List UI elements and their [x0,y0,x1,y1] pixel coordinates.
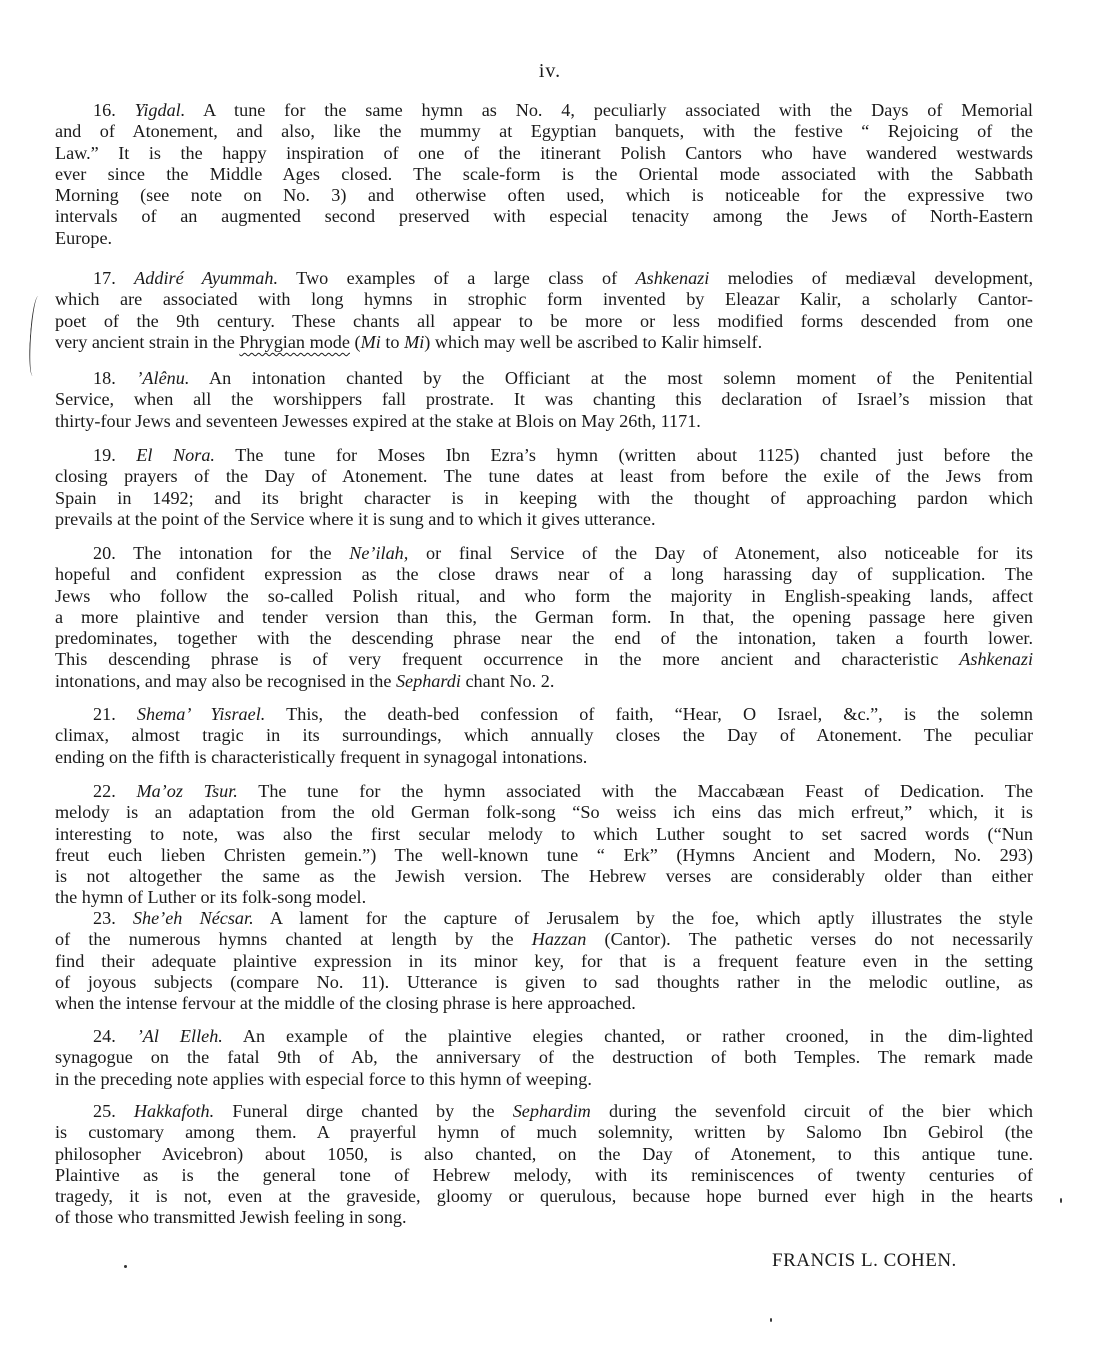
text-run: ( [350,332,361,352]
text-run: prevails at the point of the Service whe… [55,509,656,529]
note-line: intonations, and may also be recognised … [55,671,1033,692]
note-20: 20. The intonation for the Ne’ilah, or f… [55,543,1033,692]
text-run: freut euch lieben Christen gemein.”) The… [55,845,1033,865]
text-run: during the sevenfold circuit of the bier… [591,1101,1033,1121]
note-line: ever since the Middle Ages closed. The s… [55,164,1033,185]
text-run: climax, almost tragic in its surrounding… [55,725,1033,745]
note-line: 20. The intonation for the Ne’ilah, or f… [55,543,1033,564]
text-run: An example of the plaintive elegies chan… [223,1026,1033,1046]
note-line: 18. ’Alênu. An intonation chanted by the… [55,368,1033,389]
text-run: Plaintive as is the general tone of Hebr… [55,1165,1033,1185]
note-22: 22. Ma’oz Tsur. The tune for the hymn as… [55,781,1033,909]
note-line: climax, almost tragic in its surrounding… [55,725,1033,746]
note-19: 19. El Nora. The tune for Moses Ibn Ezra… [55,445,1033,530]
text-run: poet of the 9th century. These chants al… [55,311,1033,331]
note-line: thirty-four Jews and seventeen Jewesses … [55,411,1033,432]
text-run: A lament for the capture of Jerusalem by… [254,908,1033,928]
note-number: 23. [93,908,133,928]
note-line: Service, when all the worshippers fall p… [55,389,1033,410]
italic-term: Sephardim [513,1101,591,1121]
text-run: chant No. 2. [461,671,554,691]
note-line: which are associated with long hymns in … [55,289,1033,310]
text-run: in the preceding note applies with espec… [55,1069,592,1089]
note-line: of joyous subjects (compare No. 11). Utt… [55,972,1033,993]
note-number: 19. [93,445,136,465]
note-line: 21. Shema’ Yisrael. This, the death-bed … [55,704,1033,725]
note-title: ’Al Elleh. [137,1026,223,1046]
note-23: 23. She’eh Nécsar. A lament for the capt… [55,908,1033,1014]
text-run: ) which may well be ascribed to Kalir hi… [424,332,762,352]
text-run: Law.” It is the happy inspiration of one… [55,143,1033,163]
text-run: melody is an adaptation from the old Ger… [55,802,1033,822]
note-line: closing prayers of the Day of Atonement.… [55,466,1033,487]
note-line: in the preceding note applies with espec… [55,1069,1033,1090]
note-line: is customary among them. A prayerful hym… [55,1122,1033,1143]
note-number: 17. [93,268,134,288]
italic-term: Ashkenazi [959,649,1033,669]
note-title: El Nora. [136,445,215,465]
note-line: synagogue on the fatal 9th of Ab, the an… [55,1047,1033,1068]
text-run: or final Service of the Day of Atonement… [408,543,1033,563]
text-run: The intonation for the [133,543,349,563]
note-line: ending on the fifth is characteristicall… [55,747,1033,768]
text-run: A tune for the same hymn as No. 4, pecul… [185,100,1033,120]
text-run: This, the death-bed confession of faith,… [265,704,1033,724]
note-line: Spain in 1492; and its bright character … [55,488,1033,509]
note-line: intervals of an augmented second preserv… [55,206,1033,227]
note-line: This descending phrase is of very freque… [55,649,1033,670]
text-run: is not altogether the same as the Jewish… [55,866,1033,886]
italic-term: Mi [361,332,381,352]
italic-term: Hazzan [532,929,587,949]
text-run: when the intense fervour at the middle o… [55,993,636,1013]
note-number: 18. [93,368,136,388]
text-run: This descending phrase is of very freque… [55,649,959,669]
text-run: Funeral dirge chanted by the [214,1101,512,1121]
note-line: a more plaintive and tender version than… [55,607,1033,628]
italic-term: Ashkenazi [636,268,710,288]
note-line: Morning (see note on No. 3) and otherwis… [55,185,1033,206]
note-line: poet of the 9th century. These chants al… [55,311,1033,332]
text-run: hopeful and confident expression as the … [55,564,1033,584]
note-title: Addiré Ayummah. [134,268,278,288]
note-25: 25. Hakkafoth. Funeral dirge chanted by … [55,1101,1033,1229]
note-18: 18. ’Alênu. An intonation chanted by the… [55,368,1033,432]
note-line: Europe. [55,228,1033,249]
text-run: find their adequate plaintive expression… [55,951,1033,971]
page-number: iv. [0,60,1100,83]
italic-term: Mi [404,332,424,352]
text-run: of those who transmitted Jewish feeling … [55,1207,407,1227]
note-line: of those who transmitted Jewish feeling … [55,1207,1033,1228]
text-run: Europe. [55,228,112,248]
note-line: interesting to note, was also the first … [55,824,1033,845]
note-number: 25. [93,1101,134,1121]
note-17: 17. Addiré Ayummah. Two examples of a la… [55,268,1033,353]
note-line: 22. Ma’oz Tsur. The tune for the hymn as… [55,781,1033,802]
note-title: ’Alênu. [136,368,189,388]
text-run: Spain in 1492; and its bright character … [55,488,1033,508]
note-line: melody is an adaptation from the old Ger… [55,802,1033,823]
note-line: is not altogether the same as the Jewish… [55,866,1033,887]
text-run: a more plaintive and tender version than… [55,607,1033,627]
text-run: which are associated with long hymns in … [55,289,1033,309]
note-line: of the numerous hymns chanted at length … [55,929,1033,950]
text-run: Two examples of a large class of [278,268,636,288]
text-run: and of Atonement, and also, like the mum… [55,121,1033,141]
scan-speck [124,1265,127,1268]
text-run: ever since the Middle Ages closed. The s… [55,164,1033,184]
text-run: predominates, together with the descendi… [55,628,1033,648]
note-line: when the intense fervour at the middle o… [55,993,1033,1014]
note-line: 17. Addiré Ayummah. Two examples of a la… [55,268,1033,289]
note-line: 19. El Nora. The tune for Moses Ibn Ezra… [55,445,1033,466]
note-number: 21. [93,704,137,724]
note-line: philosopher Avicebron) about 1050, is al… [55,1144,1033,1165]
text-run: philosopher Avicebron) about 1050, is al… [55,1144,1033,1164]
note-21: 21. Shema’ Yisrael. This, the death-bed … [55,704,1033,768]
text-run: of the numerous hymns chanted at length … [55,929,532,949]
note-line: Jews who follow the so-called Polish rit… [55,586,1033,607]
note-24: 24. ’Al Elleh. An example of the plainti… [55,1026,1033,1090]
text-run: very ancient strain in the [55,332,239,352]
text-run: to [381,332,404,352]
text-run: thirty-four Jews and seventeen Jewesses … [55,411,701,431]
note-line: find their adequate plaintive expression… [55,951,1033,972]
text-run: melodies of mediæval development, [709,268,1033,288]
note-title: Shema’ Yisrael. [137,704,265,724]
note-title: Ma’oz Tsur. [136,781,237,801]
text-run: intervals of an augmented second preserv… [55,206,1033,226]
italic-term: Ne’ilah, [349,543,408,563]
note-line: 24. ’Al Elleh. An example of the plainti… [55,1026,1033,1047]
note-line: 16. Yigdal. A tune for the same hymn as … [55,100,1033,121]
note-line: very ancient strain in the Phrygian mode… [55,332,1033,353]
note-title: Yigdal. [135,100,186,120]
note-line: predominates, together with the descendi… [55,628,1033,649]
text-run: interesting to note, was also the first … [55,824,1033,844]
note-line: the hymn of Luther or its folk-song mode… [55,887,1033,908]
text-run: intonations, and may also be recognised … [55,671,396,691]
note-title: Hakkafoth. [134,1101,214,1121]
text-run: closing prayers of the Day of Atonement.… [55,466,1033,486]
note-16: 16. Yigdal. A tune for the same hymn as … [55,100,1033,249]
text-run: (Cantor). The pathetic verses do not nec… [586,929,1033,949]
author-signature: FRANCIS L. COHEN. [772,1250,957,1272]
note-number: 22. [93,781,136,801]
note-line: Plaintive as is the general tone of Hebr… [55,1165,1033,1186]
text-run: tragedy, it is not, even at the gravesid… [55,1186,1033,1206]
text-run: An intonation chanted by the Officiant a… [189,368,1033,388]
margin-pencil-mark [27,296,44,377]
scan-speck [770,1318,772,1322]
text-run: ending on the fifth is characteristicall… [55,747,587,767]
note-title: She’eh Nécsar. [133,908,254,928]
underlined-text: Phrygian mode [239,332,350,352]
note-line: and of Atonement, and also, like the mum… [55,121,1033,142]
note-line: prevails at the point of the Service whe… [55,509,1033,530]
note-line: freut euch lieben Christen gemein.”) The… [55,845,1033,866]
note-number: 24. [93,1026,137,1046]
scan-speck [1060,1198,1062,1203]
note-line: 25. Hakkafoth. Funeral dirge chanted by … [55,1101,1033,1122]
note-line: tragedy, it is not, even at the gravesid… [55,1186,1033,1207]
text-run: the hymn of Luther or its folk-song mode… [55,887,366,907]
note-number: 16. [93,100,135,120]
text-run: The tune for the hymn associated with th… [238,781,1033,801]
text-run: Service, when all the worshippers fall p… [55,389,1033,409]
text-run: The tune for Moses Ibn Ezra’s hymn (writ… [215,445,1033,465]
text-run: Morning (see note on No. 3) and otherwis… [55,185,1033,205]
text-run: is customary among them. A prayerful hym… [55,1122,1033,1142]
italic-term: Sephardi [396,671,461,691]
text-run: of joyous subjects (compare No. 11). Utt… [55,972,1033,992]
note-line: 23. She’eh Nécsar. A lament for the capt… [55,908,1033,929]
note-line: Law.” It is the happy inspiration of one… [55,143,1033,164]
note-line: hopeful and confident expression as the … [55,564,1033,585]
text-run: Jews who follow the so-called Polish rit… [55,586,1033,606]
text-run: synagogue on the fatal 9th of Ab, the an… [55,1047,1033,1067]
note-number: 20. [93,543,133,563]
